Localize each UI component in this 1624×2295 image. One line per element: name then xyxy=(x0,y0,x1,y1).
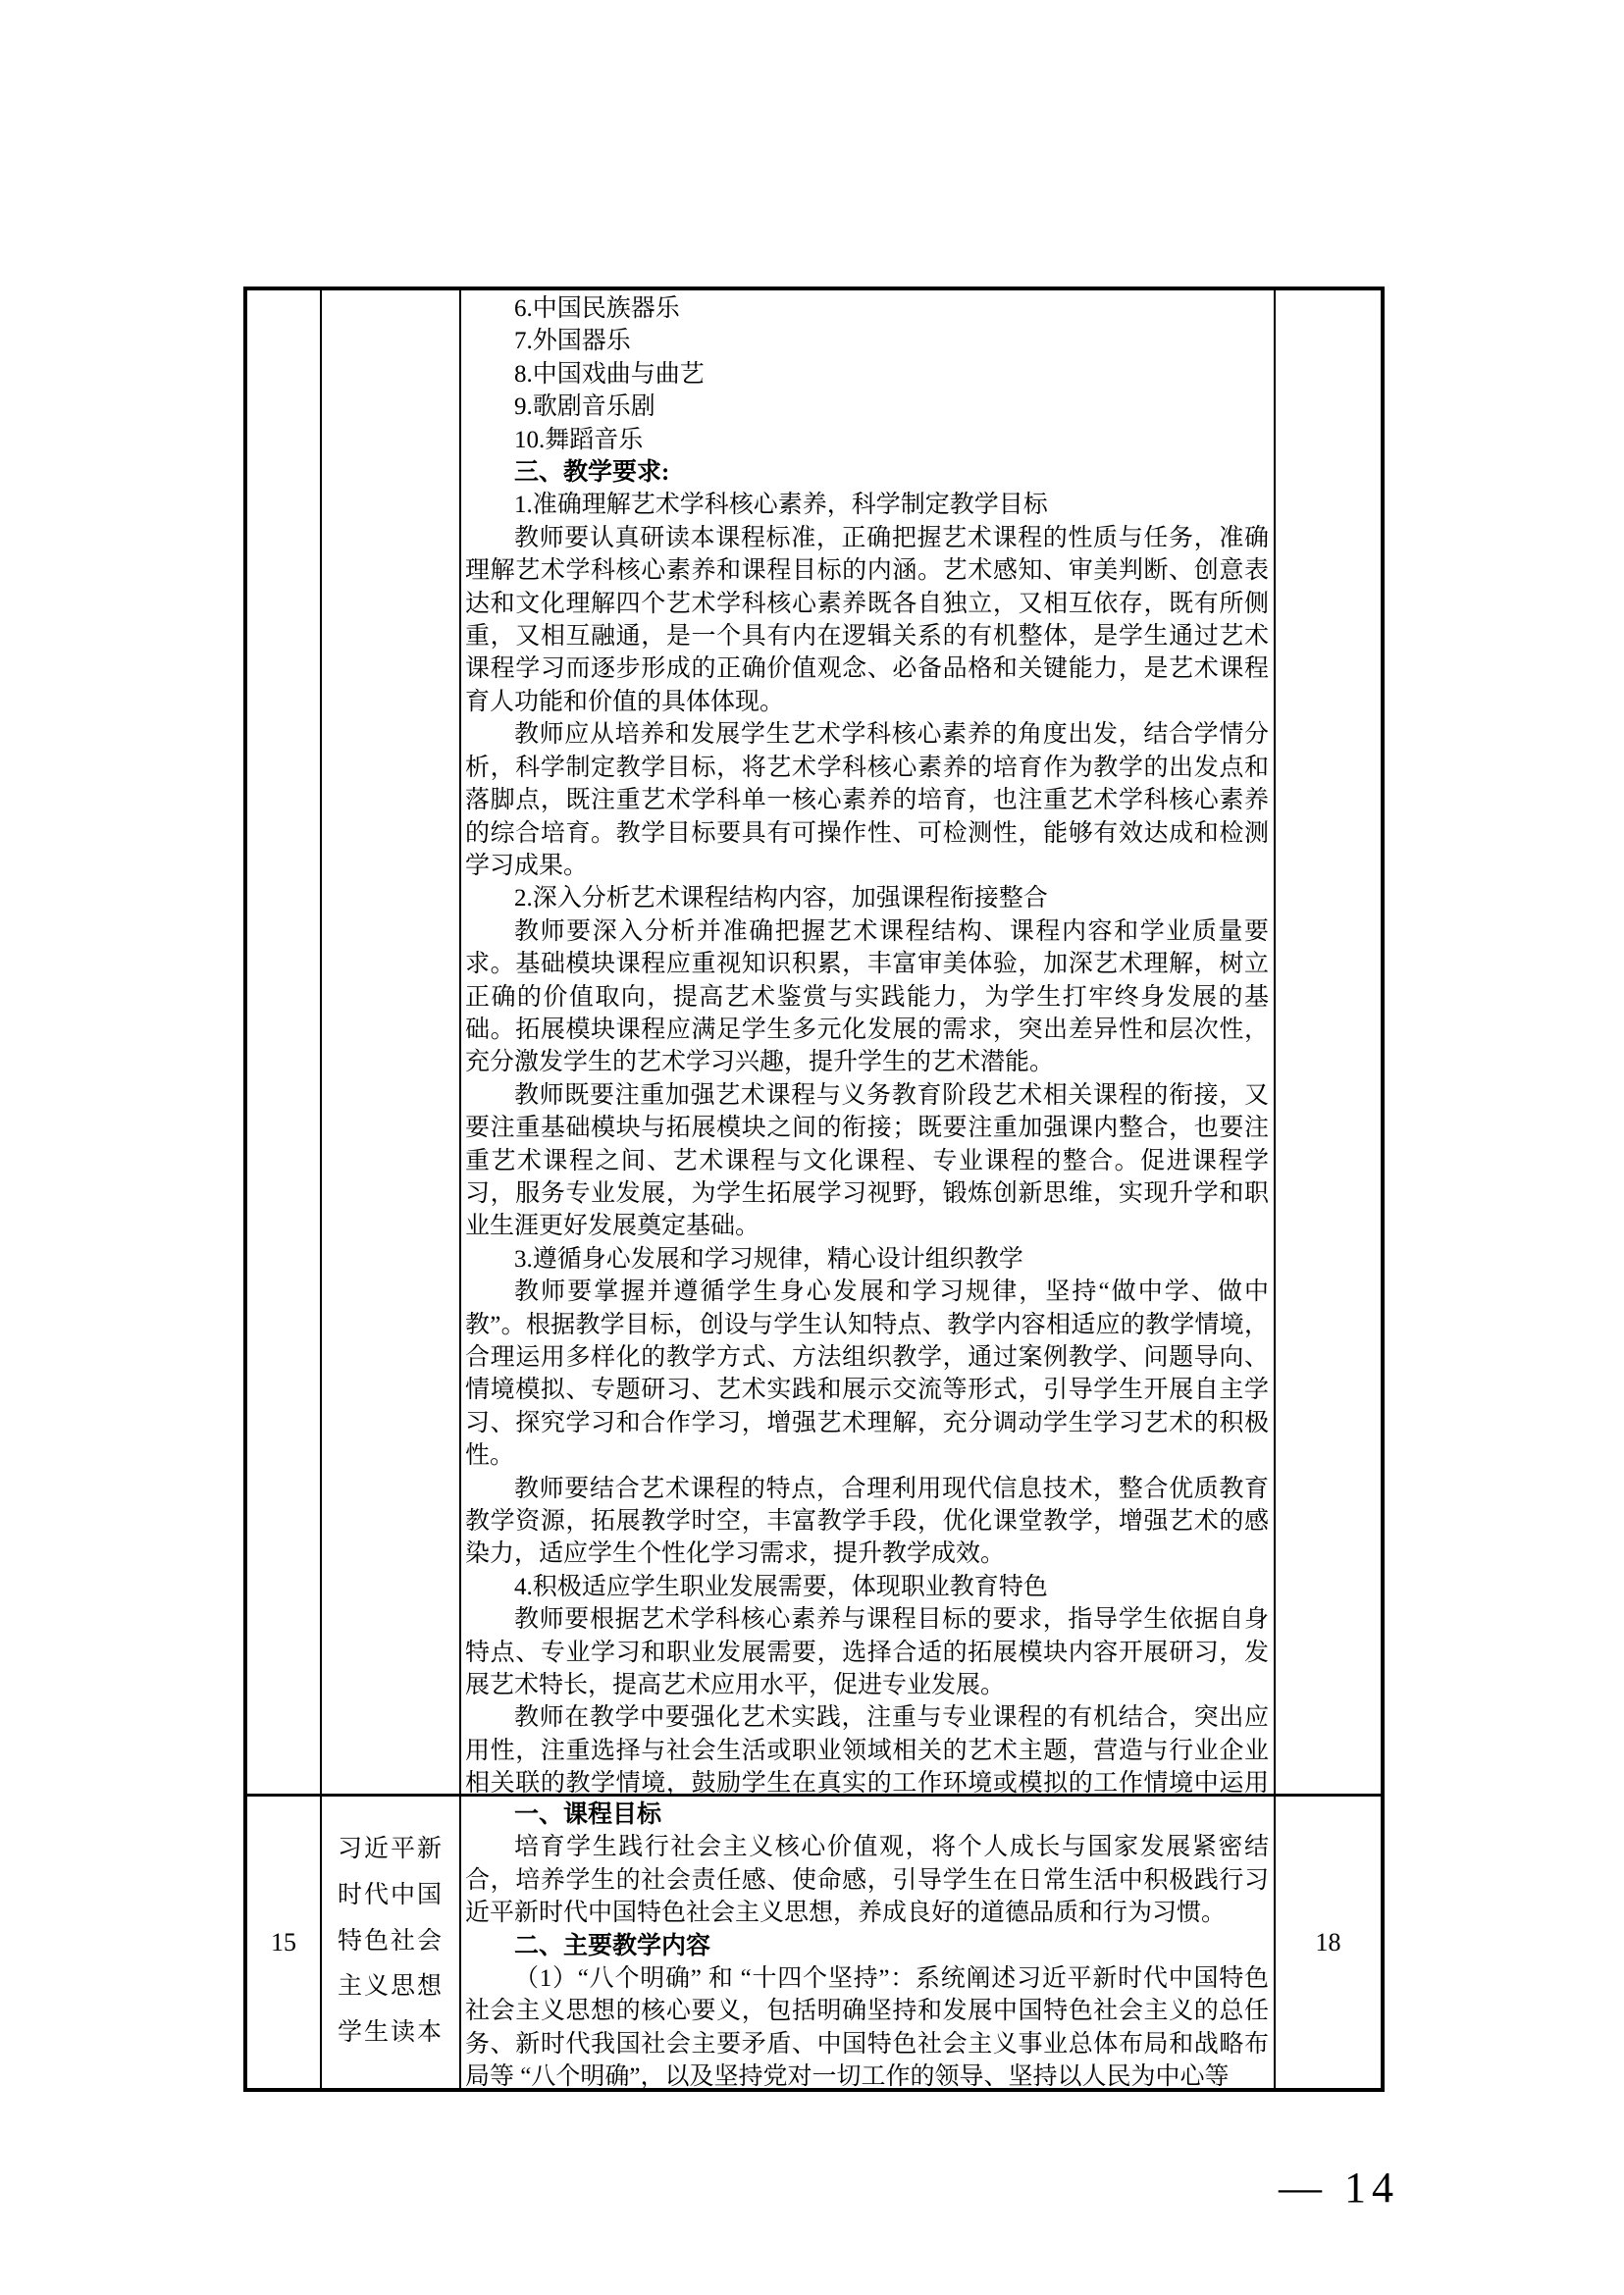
textbook-title-cell xyxy=(321,288,460,1796)
curriculum-table: 6.中国民族器乐7.外国器乐8.中国戏曲与曲艺9.歌剧音乐剧10.舞蹈音乐三、教… xyxy=(243,287,1385,2092)
textbook-title-line: 特色社会 xyxy=(338,1919,444,1965)
paragraph-para: 培育学生践行社会主义核心价值观，将个人成长与国家发展紧密结合，培养学生的社会责任… xyxy=(465,1831,1269,1929)
paragraph-subhead: 2.深入分析艺术课程结构内容，加强课程衔接整合 xyxy=(465,882,1269,914)
paragraph-para: 教师要认真研读本课程标准，正确把握艺术课程的性质与任务，准确理解艺术学科核心素养… xyxy=(465,522,1269,718)
paragraph-list: 9.歌剧音乐剧 xyxy=(465,391,1269,423)
paragraph-para: 教师要深入分析并准确把握艺术课程结构、课程内容和学业质量要求。基础模块课程应重视… xyxy=(465,915,1269,1079)
paragraph-list: 10.舞蹈音乐 xyxy=(465,424,1269,456)
textbook-title-line: 主义思想 xyxy=(338,1964,444,2010)
paragraph-subhead: 1.准确理解艺术学科核心素养，科学制定教学目标 xyxy=(465,489,1269,521)
class-hours-cell: 18 xyxy=(1275,1796,1383,2091)
course-content-cell: 一、课程目标培育学生践行社会主义核心价值观，将个人成长与国家发展紧密结合，培养学… xyxy=(460,1796,1275,2091)
course-content-cell: 6.中国民族器乐7.外国器乐8.中国戏曲与曲艺9.歌剧音乐剧10.舞蹈音乐三、教… xyxy=(460,288,1275,1796)
paragraph-subhead: 3.遵循身心发展和学习规律，精心设计组织教学 xyxy=(465,1243,1269,1276)
textbook-title-line: 习近平新 xyxy=(338,1827,444,1873)
paragraph-para: 教师要结合艺术课程的特点，合理利用现代信息技术，整合优质教育教学资源，拓展教学时… xyxy=(465,1473,1269,1571)
textbook-title: 习近平新时代中国特色社会主义思想学生读本 xyxy=(322,1797,459,2087)
paragraph-heading: 二、主要教学内容 xyxy=(465,1930,1269,1962)
textbook-title-cell: 习近平新时代中国特色社会主义思想学生读本 xyxy=(321,1796,460,2091)
class-hours-cell xyxy=(1275,288,1383,1796)
paragraph-list: 7.外国器乐 xyxy=(465,325,1269,357)
page-number: — 14 xyxy=(1279,2163,1399,2213)
course-content-text: 6.中国民族器乐7.外国器乐8.中国戏曲与曲艺9.歌剧音乐剧10.舞蹈音乐三、教… xyxy=(461,290,1274,1794)
sequence-number-cell xyxy=(245,288,321,1796)
table-row-continuation: 6.中国民族器乐7.外国器乐8.中国戏曲与曲艺9.歌剧音乐剧10.舞蹈音乐三、教… xyxy=(245,288,1383,1796)
paragraph-para: （1）“八个明确” 和 “十四个坚持”：系统阐述习近平新时代中国特色社会主义思想… xyxy=(465,1962,1269,2088)
paragraph-para: 教师在教学中要强化艺术实践，注重与专业课程的有机结合，突出应用性，注重选择与社会… xyxy=(465,1701,1269,1794)
paragraph-para: 教师要根据艺术学科核心素养与课程目标的要求，指导学生依据自身特点、专业学习和职业… xyxy=(465,1603,1269,1701)
paragraph-heading: 一、课程目标 xyxy=(465,1799,1269,1831)
sequence-number-cell: 15 xyxy=(245,1796,321,2091)
paragraph-para: 教师应从培养和发展学生艺术学科核心素养的角度出发，结合学情分析，科学制定教学目标… xyxy=(465,718,1269,882)
paragraph-subhead: 4.积极适应学生职业发展需要，体现职业教育特色 xyxy=(465,1571,1269,1603)
paragraph-para: 教师要掌握并遵循学生身心发展和学习规律，坚持“做中学、做中教”。根据教学目标，创… xyxy=(465,1276,1269,1472)
textbook-title-line: 时代中国 xyxy=(338,1873,444,1919)
paragraph-list: 8.中国戏曲与曲艺 xyxy=(465,358,1269,391)
textbook-title-line: 学生读本 xyxy=(338,2010,444,2057)
table-row-15: 15 习近平新时代中国特色社会主义思想学生读本 一、课程目标培育学生践行社会主义… xyxy=(245,1796,1383,2091)
paragraph-list: 6.中国民族器乐 xyxy=(465,292,1269,325)
paragraph-heading: 三、教学要求: xyxy=(465,456,1269,489)
paragraph-para: 教师既要注重加强艺术课程与义务教育阶段艺术相关课程的衔接，又要注重基础模块与拓展… xyxy=(465,1079,1269,1243)
course-content-text: 一、课程目标培育学生践行社会主义核心价值观，将个人成长与国家发展紧密结合，培养学… xyxy=(461,1797,1274,2088)
